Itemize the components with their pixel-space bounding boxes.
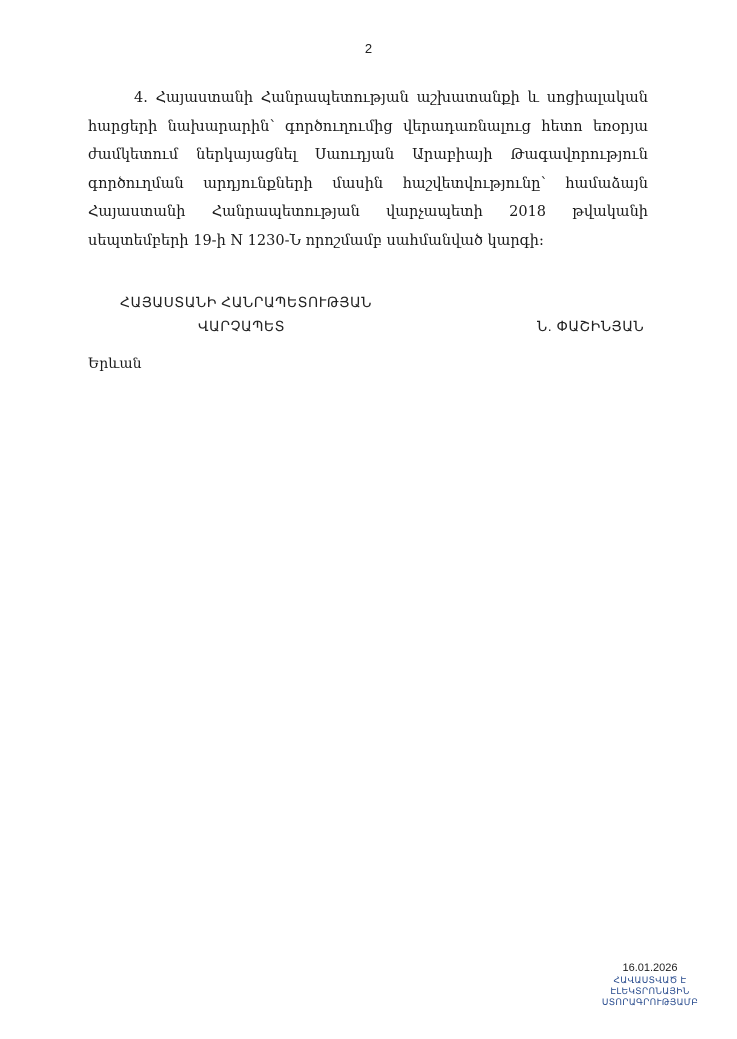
- stamp-date: 16.01.2026: [590, 962, 710, 975]
- stamp-line-1: ՀԱՎԱՍՏՎԱԾ Է: [590, 975, 710, 986]
- stamp-line-3: ՍՏՈՐԱԳՐՈՒԹՅԱՄԲ: [590, 997, 710, 1008]
- page-number: 2: [0, 41, 737, 56]
- stamp-line-2: ԷԼԵԿՏՐՈՆԱՅԻՆ: [590, 986, 710, 997]
- electronic-signature-stamp: 16.01.2026 ՀԱՎԱՍՏՎԱԾ Է ԷԼԵԿՏՐՈՆԱՅԻՆ ՍՏՈՐ…: [590, 962, 710, 1008]
- decision-paragraph: 4. Հայաստանի Հանրապետության աշխատանքի և …: [88, 84, 648, 255]
- signatory-title-line1: ՀԱՅԱՍՏԱՆԻ ՀԱՆՐԱՊԵՏՈՒԹՅԱՆ: [120, 294, 372, 311]
- paragraph-text: Հայաստանի Հանրապետության աշխատանքի և սոց…: [88, 90, 648, 249]
- place-of-signing: Երևան: [88, 356, 142, 372]
- signatory-title-line2: ՎԱՐՉԱՊԵՏ: [198, 318, 285, 335]
- paragraph-number: 4.: [134, 90, 148, 106]
- signatory-name: Ն. ՓԱՇԻՆՅԱՆ: [537, 318, 644, 335]
